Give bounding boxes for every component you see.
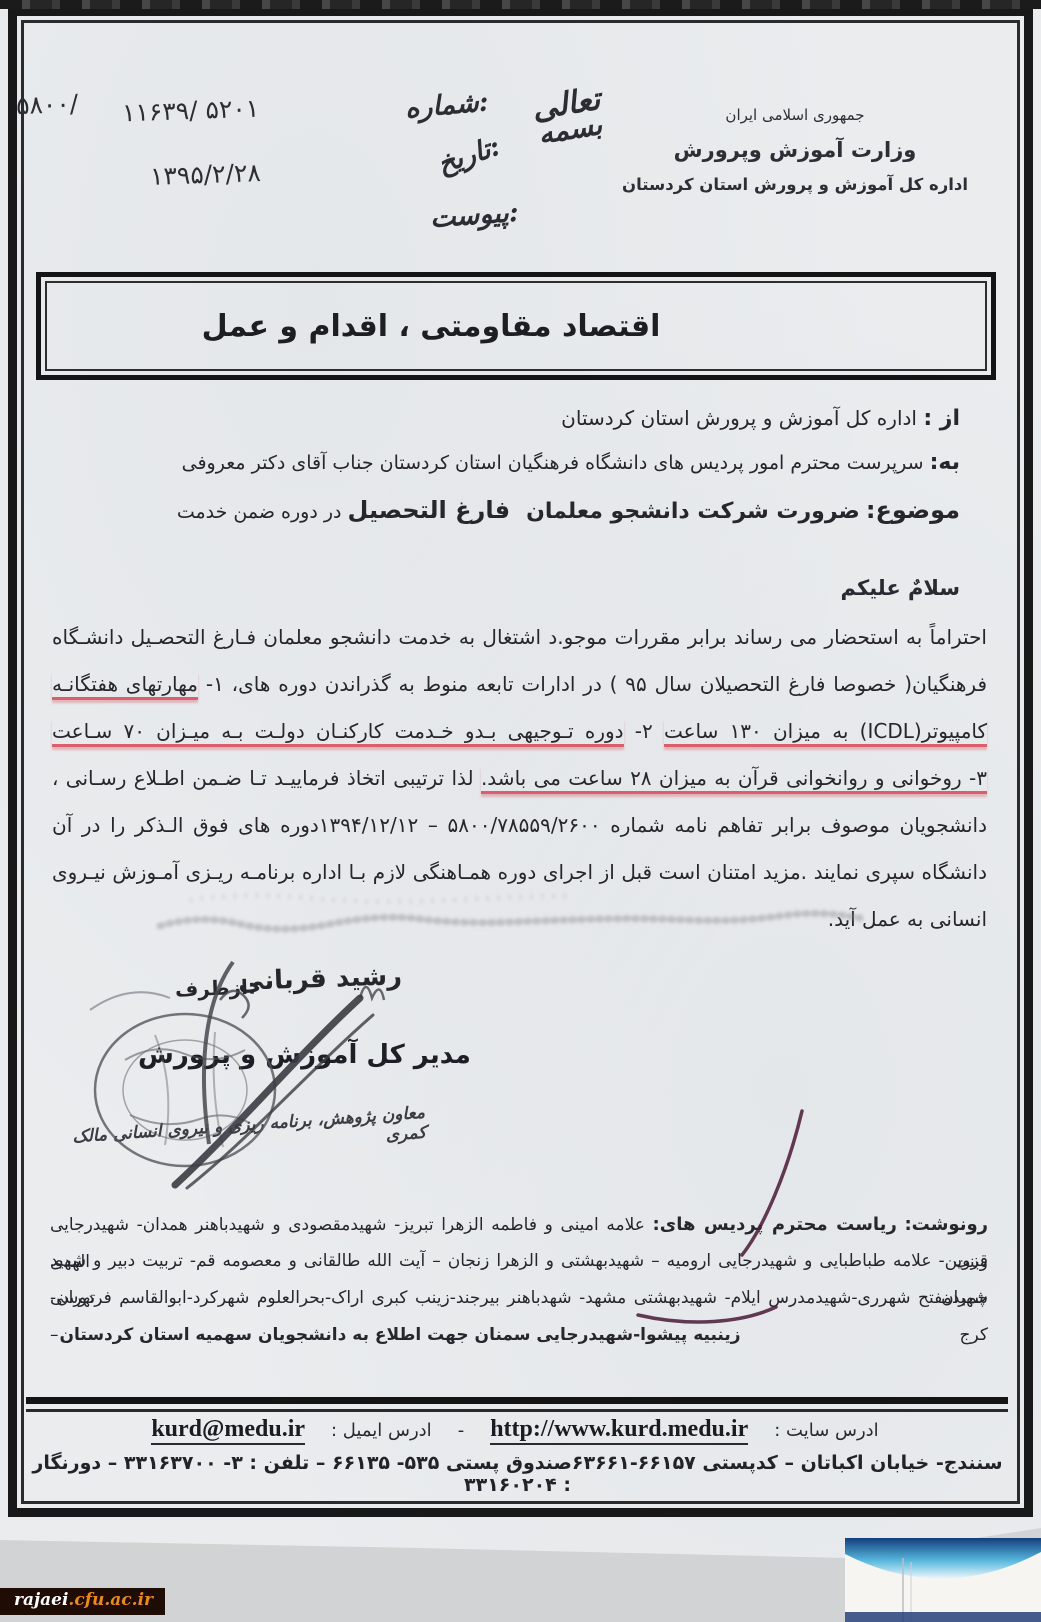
site-label: ادرس سایت : [774,1420,878,1441]
slogan-text: اقتصاد مقاومتی ، اقدام و عمل [202,309,661,344]
watermark-part1: rajaei [14,1590,68,1610]
subject-part3: در دوره ضمن خدمت [177,501,342,523]
footer-links-row: ادرس سایت : http://www.kurd.medu.ir - اد… [40,1416,990,1445]
attachment-label: پیوست: [429,197,520,234]
red-underlined-segment: دوره تـوجیهی بـدو خـدمت کارکنـان دولـت ب… [52,719,624,747]
letter-date: ۱۳۹۵/۲/۲۸ [150,158,262,191]
body-segment: فرهنگیان( خصوصا فارغ التحصیلان سال ۹۵ ) … [206,672,987,696]
from-row: از : اداره کل آموزش و پرورش استان کردستا… [55,406,960,431]
body-line: فرهنگیان( خصوصا فارغ التحصیلان سال ۹۵ ) … [52,661,987,708]
pen-check-mark [590,1095,850,1345]
body-line: دانشجویان موصوف برابر تفاهم نامه شماره ۵… [52,802,987,849]
letter-number: ۱۱۶۳۹/ ۵۲۰۱ [122,94,260,128]
footer-rule-thick [26,1397,1008,1404]
email-address: kurd@medu.ir [151,1416,305,1445]
official-stamp [55,940,485,1190]
cc-label: رونوشت: [904,1214,988,1235]
scanned-letter-page: جمهوری اسلامی ایران وزارت آموزش وپرورش ا… [0,0,1041,1622]
to-value: سرپرست محترم امور پردیس های دانشگاه فرهن… [182,452,924,474]
footer-rule-thin [26,1409,1008,1412]
letter-number-prefix: ۵۸۰۰/ [16,89,79,120]
watermark-part2: .cfu.ac.ir [68,1590,153,1610]
body-line: کامپیوتر(ICDL) به میزان ۱۳۰ ساعت ۲- دوره… [52,708,987,755]
subject-part2: فارغ التحصیل [348,496,511,524]
body-segment: لذا ترتیبی اتخاذ فرماییـد تـا ضـمن اطـلا… [52,766,474,790]
subject-row: موضوع: ضرورت شرکت دانشجو معلمان فارغ الت… [55,496,960,524]
red-underlined-segment: کامپیوتر(ICDL) به میزان ۱۳۰ ساعت [664,719,987,747]
body-line: ۳- روخوانی و روانخوانی قرآن به میزان ۲۸ … [52,755,987,802]
footer-address: سنندج- خیابان اکباتان – کدپستی ۶۶۱۵۷-۶۳۶… [30,1452,1005,1496]
salutation: سلامٌ علیکم [55,576,960,600]
body-line: احتراماً به استحضار می رساند برابر مقررا… [52,614,987,661]
slogan-banner-box: اقتصاد مقاومتی ، اقدام و عمل [36,272,996,380]
subject-label: موضوع: [866,496,960,524]
from-to-subject-block: از : اداره کل آموزش و پرورش استان کردستا… [55,406,960,524]
red-underlined-segment: مهارتهای هفتگانـه [52,672,198,700]
org-ministry: وزارت آموزش وپرورش [620,138,970,162]
scanner-edge-strip [0,0,1041,9]
separator-dash: - [458,1420,465,1441]
to-row: به: سرپرست محترم امور پردیس های دانشگاه … [55,450,960,475]
to-label: به: [930,450,960,475]
org-department: اداره کل آموزش و پرورش استان کردستان [620,175,970,194]
subject-part1: ضرورت شرکت دانشجو معلمان [526,499,860,524]
scanner-bed-object [845,1538,1041,1622]
email-label: ادرس ایمیل : [331,1420,432,1441]
from-value: اداره کل آموزش و پرورش استان کردستان [561,406,917,430]
body-segment: ۲- [635,719,653,743]
slogan-banner-inner: اقتصاد مقاومتی ، اقدام و عمل [45,281,987,371]
red-underlined-segment: ۳- روخوانی و روانخوانی قرآن به میزان ۲۸ … [481,766,987,794]
letterhead-org-block: جمهوری اسلامی ایران وزارت آموزش وپرورش ا… [620,106,970,194]
letter-paper: جمهوری اسلامی ایران وزارت آموزش وپرورش ا… [0,0,1041,1560]
org-country: جمهوری اسلامی ایران [620,106,970,124]
from-label: از : [923,406,960,431]
site-watermark: rajaei.cfu.ac.ir [0,1588,165,1615]
site-url: http://www.kurd.medu.ir [490,1416,748,1445]
faded-handwriting-smudge [150,884,870,944]
glossy-reflection [845,1538,1041,1622]
